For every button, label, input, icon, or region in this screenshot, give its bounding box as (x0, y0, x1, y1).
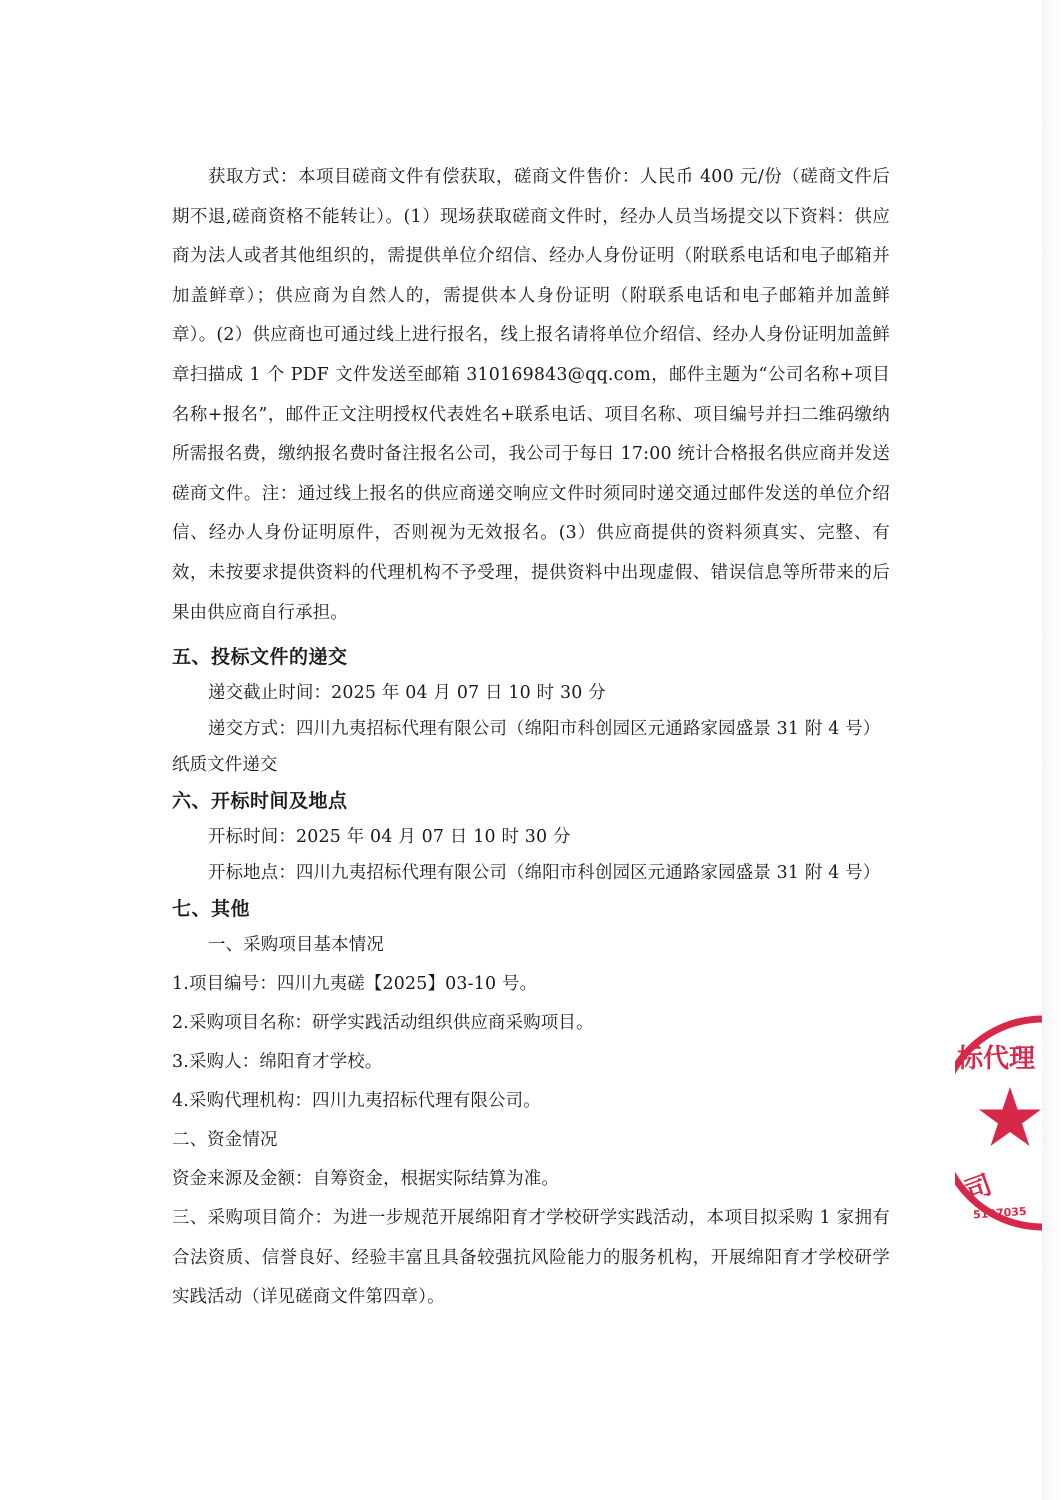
procurement-agency: 4.采购代理机构：四川九夷招标代理有限公司。 (172, 1082, 890, 1121)
seal-bottom-text: 司 (961, 1170, 996, 1207)
opening-place: 开标地点：四川九夷招标代理有限公司（绵阳市科创园区元通路家园盛景 31 附 4 … (172, 855, 890, 891)
page-edge (1042, 0, 1061, 1500)
submission-deadline: 递交截止时间：2025 年 04 月 07 日 10 时 30 分 (172, 675, 890, 711)
funding-source: 资金来源及金额：自筹资金，根据实际结算为准。 (172, 1160, 890, 1199)
acquisition-method-paragraph: 获取方式：本项目磋商文件有偿获取，磋商文件售价：人民币 400 元/份（磋商文件… (172, 158, 890, 633)
seal-top-text: 标代理 (957, 1044, 1036, 1074)
opening-time: 开标时间：2025 年 04 月 07 日 10 时 30 分 (172, 819, 890, 855)
purchaser: 3.采购人：绵阳育才学校。 (172, 1043, 890, 1082)
submission-method-continued: 纸质文件递交 (172, 747, 890, 783)
section7-heading: 七、其他 (172, 891, 890, 927)
basic-info-subheading: 一、采购项目基本情况 (172, 927, 890, 963)
project-name: 2.采购项目名称：研学实践活动组织供应商采购项目。 (172, 1004, 890, 1043)
document-page: 获取方式：本项目磋商文件有偿获取，磋商文件售价：人民币 400 元/份（磋商文件… (0, 0, 1061, 1500)
funding-subheading: 二、资金情况 (172, 1121, 890, 1160)
section6-heading: 六、开标时间及地点 (172, 783, 890, 819)
company-seal: 标代理 司 5107035 (955, 1005, 1042, 1235)
project-summary: 三、采购项目简介：为进一步规范开展绵阳育才学校研学实践活动，本项目拟采购 1 家… (172, 1199, 890, 1318)
star-icon (979, 1087, 1041, 1146)
project-number: 1.项目编号：四川九夷磋【2025】03-10 号。 (172, 965, 890, 1004)
submission-method: 递交方式：四川九夷招标代理有限公司（绵阳市科创园区元通路家园盛景 31 附 4 … (172, 711, 890, 747)
seal-number: 5107035 (973, 1205, 1027, 1222)
document-body: 获取方式：本项目磋商文件有偿获取，磋商文件售价：人民币 400 元/份（磋商文件… (172, 158, 890, 1318)
section5-heading: 五、投标文件的递交 (172, 639, 890, 675)
